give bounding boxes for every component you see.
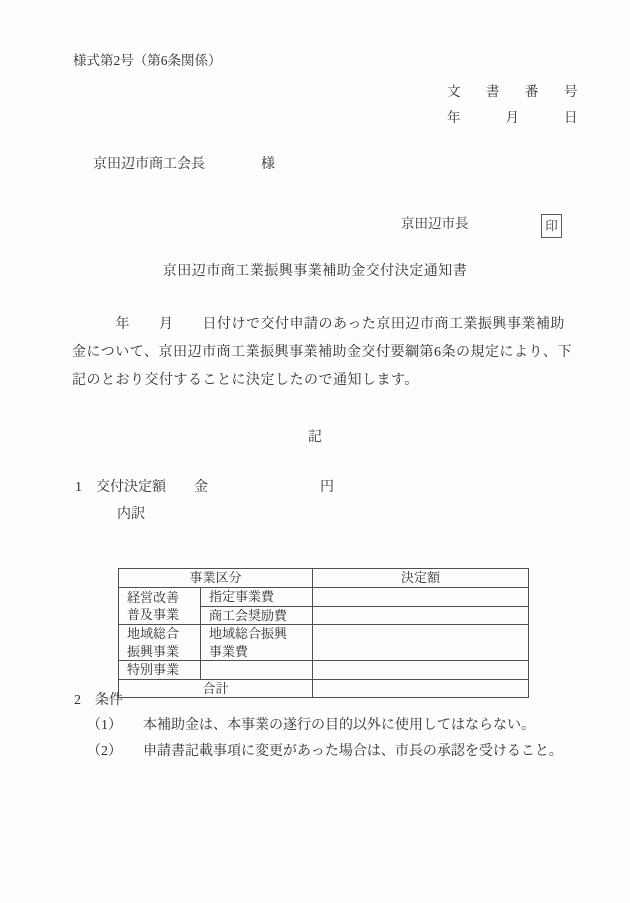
breakdown-table: 事業区分 決定額 経営改善 普及事業 指定事業費 商工会奨励費 地域総合 振興事… (118, 531, 529, 735)
conditions-heading: 2 条件 (74, 693, 123, 709)
cell-amount-shoureihi (313, 606, 529, 625)
cell-tokubetsu-jigyou: 特別事業 (119, 661, 201, 680)
cell-amount-total (313, 679, 529, 698)
cell-amount-chiiki (313, 625, 529, 661)
table-header-row: 事業区分 決定額 (119, 568, 529, 587)
header-decision-amount: 決定額 (313, 568, 529, 587)
document-page: 様式第2号（第6条関係） 文 書 番 号 年 月 日 京田辺市商工会長 様 京田… (0, 0, 630, 903)
cell-shoukoukai-shoureihi: 商工会奨励費 (201, 606, 313, 625)
doc-date-placeholder: 年 月 日 (447, 110, 584, 126)
cell-total-label: 合計 (119, 679, 313, 698)
cell-chiiki-jigyouhi: 地域総合振興 事業費 (201, 625, 313, 661)
cell-tokubetsu-sub (201, 661, 313, 680)
mayor-seal-box: 印 (541, 214, 562, 238)
breakdown-label: 内訳 (117, 507, 145, 523)
condition-item-1: （1） 本補助金は、本事業の遂行の目的以外に使用してはならない。 (87, 718, 535, 734)
seal-character: 印 (545, 220, 558, 233)
cell-amount-shitei (313, 587, 529, 606)
ki-marker: 記 (0, 430, 630, 446)
form-number-label: 様式第2号（第6条関係） (73, 53, 222, 69)
body-line-1: 年 月 日付けで交付申請のあった京田辺市商工業振興事業補助 (72, 317, 565, 333)
cell-keiei-kaizen: 経営改善 普及事業 (119, 587, 201, 625)
cell-chiiki-sougou: 地域総合 振興事業 (119, 625, 201, 661)
recipient-line: 京田辺市商工会長 様 (93, 157, 275, 173)
table-row: 特別事業 (119, 661, 529, 680)
doc-number-placeholder: 文 書 番 号 (447, 84, 584, 100)
body-line-3: 記のとおり交付することに決定したので通知します。 (72, 373, 419, 389)
cell-amount-tokubetsu (313, 661, 529, 680)
header-business-category: 事業区分 (119, 568, 313, 587)
table-row: 地域総合 振興事業 地域総合振興 事業費 (119, 625, 529, 661)
document-title: 京田辺市商工業振興事業補助金交付決定通知書 (0, 264, 630, 280)
condition-item-2: （2） 申請書記載事項に変更があった場合は、市長の承認を受けること。 (87, 744, 563, 760)
body-line-2: 金について、京田辺市商工業振興事業補助金交付要綱第6条の規定により、下 (72, 345, 572, 361)
cell-shitei-jigyouhi: 指定事業費 (201, 587, 313, 606)
table-total-row: 合計 (119, 679, 529, 698)
decision-amount-line: 1 交付決定額 金 円 (75, 480, 334, 496)
mayor-name: 京田辺市長 (401, 216, 469, 232)
table-row: 経営改善 普及事業 指定事業費 (119, 587, 529, 606)
